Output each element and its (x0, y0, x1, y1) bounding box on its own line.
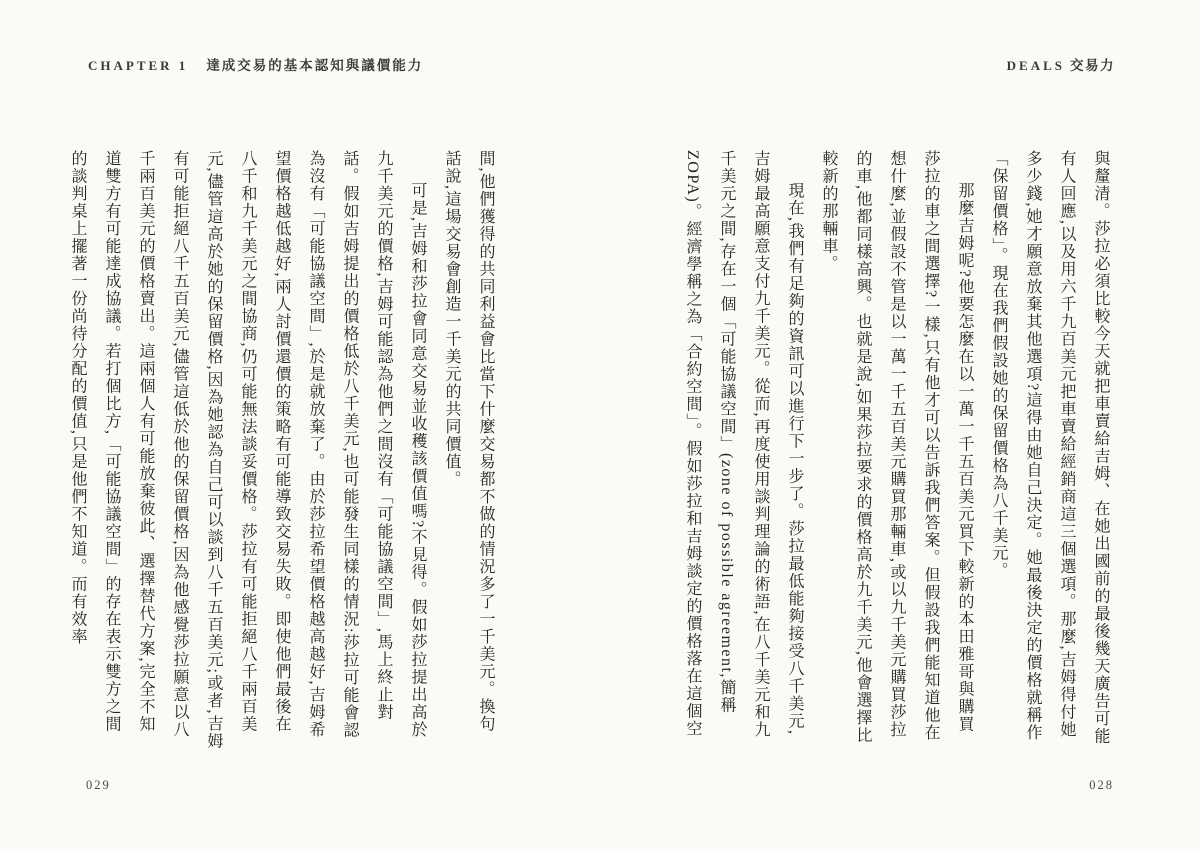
paragraph: 與釐清。莎拉必須比較今天就把車賣給吉姆、在她出國前的最後幾天廣告可能有人回應,以… (981, 150, 1117, 750)
page-number-left: 029 (86, 778, 111, 793)
paragraph: 那麼吉姆呢?他要怎麼在以一萬一千五百美元買下較新的本田雅哥與購買莎拉的車之間選擇… (811, 150, 981, 750)
running-header-left: CHAPTER 1達成交易的基本認知與議價能力 (88, 54, 423, 75)
book-spread: CHAPTER 1達成交易的基本認知與議價能力 DEALS交易力 與釐清。莎拉必… (0, 0, 1200, 851)
chapter-label: CHAPTER 1 (88, 58, 188, 73)
paragraph: 現在,我們有足夠的資訊可以進行下一步了。莎拉最低能夠接受八千美元,吉姆最高願意支… (675, 150, 811, 750)
chapter-title: 達成交易的基本認知與議價能力 (206, 58, 423, 73)
running-header-right: DEALS交易力 (1007, 54, 1115, 75)
page-number-right: 028 (1089, 778, 1114, 793)
book-brand-label: DEALS (1007, 58, 1065, 73)
left-page-text: 間,他們獲得的共同利益會比當下什麼交易都不做的情況多了一千美元。換句話說,這場交… (40, 150, 502, 750)
paragraph: 間,他們獲得的共同利益會比當下什麼交易都不做的情況多了一千美元。換句話說,這場交… (434, 150, 502, 750)
paragraph: 可是,吉姆和莎拉會同意交易並收穫該價值嗎?不見得。假如莎拉提出高於九千美元的價格… (60, 150, 434, 750)
right-page-text: 與釐清。莎拉必須比較今天就把車賣給吉姆、在她出國前的最後幾天廣告可能有人回應,以… (655, 150, 1117, 750)
book-title-label: 交易力 (1070, 58, 1115, 73)
